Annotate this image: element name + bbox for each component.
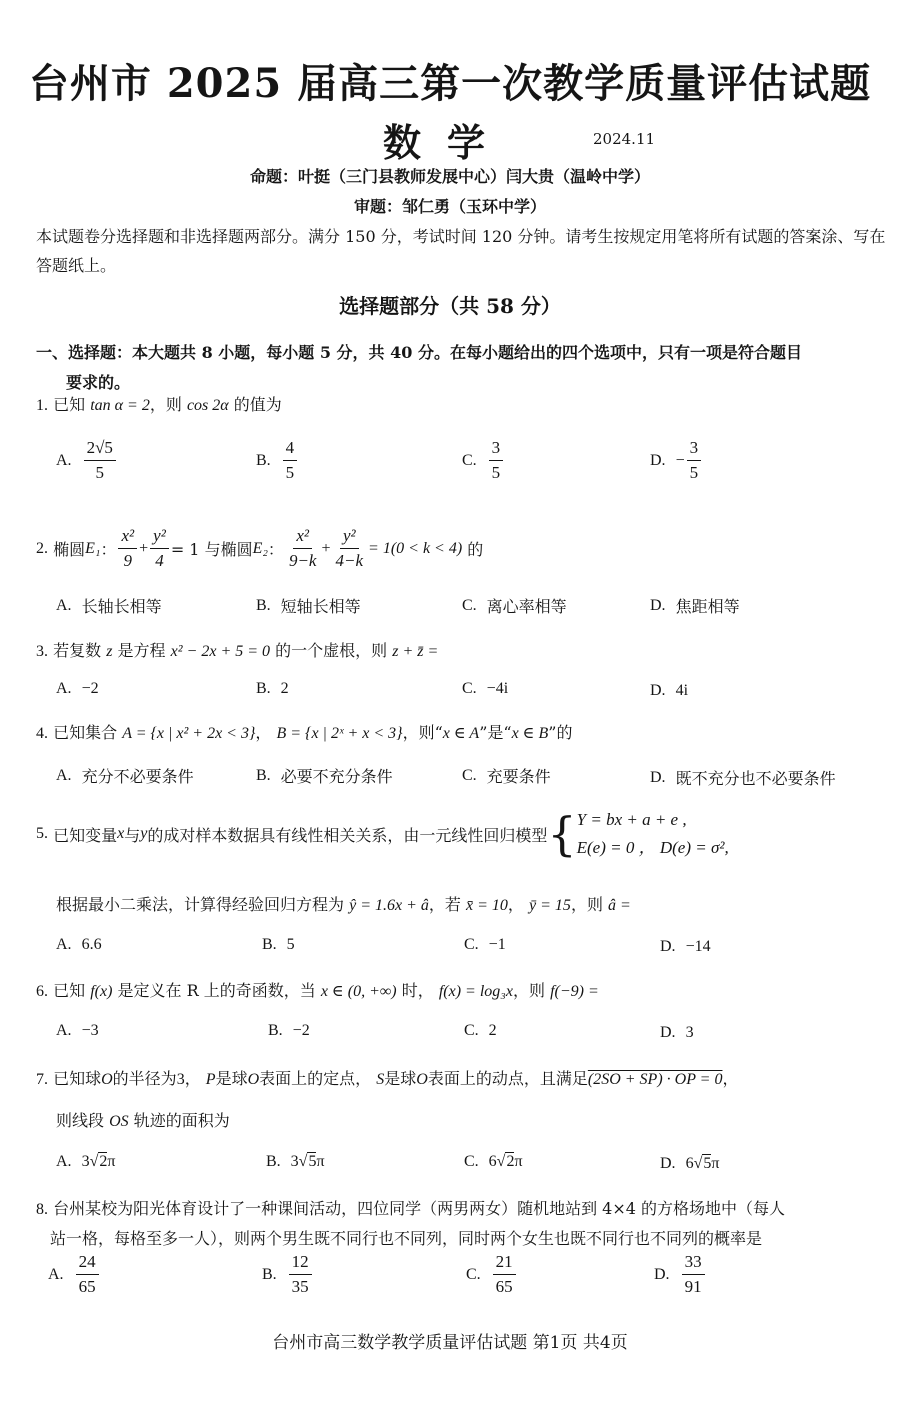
question-number: 4.: [36, 725, 48, 742]
exam-date: 2024.11: [593, 130, 655, 148]
option-text: −14: [686, 938, 711, 956]
fraction: y²4−k: [333, 526, 367, 571]
option-label: C.: [464, 1022, 479, 1040]
option-text: 2: [281, 680, 289, 698]
stem-math: x² − 2x + 5 = 0: [171, 643, 270, 660]
option-label: A.: [56, 597, 72, 615]
option-label: B.: [262, 936, 277, 954]
question-7-option-a: A.3√2π: [56, 1152, 115, 1171]
stem-text: 的成对样本数据具有线性相关关系，由一元线性回归模型: [147, 823, 547, 846]
question-7-stem-line-2: 则线段 OS 轨迹的面积为: [56, 1108, 230, 1131]
option-label: C.: [462, 452, 477, 470]
stem-text: 若复数: [53, 641, 101, 660]
question-5-option-b: B.5: [262, 936, 295, 954]
pi-symbol: π: [316, 1153, 324, 1171]
option-label: B.: [266, 1153, 281, 1171]
question-number: 7.: [36, 1071, 48, 1088]
coefficient: 3: [82, 1153, 90, 1171]
question-3-stem: 3. 若复数 z 是方程 x² − 2x + 5 = 0 的一个虚根，则 z +…: [36, 638, 438, 661]
stem-math: x ∈ A: [443, 725, 479, 742]
authors-line: 命题：叶挺（三门县教师发展中心）闫大贵（温岭中学）: [0, 164, 900, 187]
stem-text: 轨迹的面积为: [134, 1111, 230, 1130]
stem-text: ：: [100, 537, 116, 560]
question-6-option-c: C.2: [464, 1022, 497, 1040]
question-number: 6.: [36, 983, 48, 1000]
numerator: 12: [289, 1252, 312, 1275]
fraction: 3391: [682, 1252, 705, 1297]
option-label: A.: [56, 936, 72, 954]
denominator: 5: [489, 461, 504, 483]
fraction: x²9−k: [286, 526, 320, 571]
option-text: 短轴长相等: [281, 594, 361, 617]
denominator: 4−k: [333, 549, 367, 571]
question-number: 2.: [36, 540, 48, 558]
stem-text: ，: [255, 723, 271, 742]
stem-text: = 1 与椭圆: [171, 537, 253, 560]
fraction: 1235: [289, 1252, 312, 1297]
stem-math: cos 2α: [187, 397, 229, 414]
sqrt-icon: √: [90, 1153, 99, 1171]
question-5-option-c: C.−1: [464, 936, 506, 954]
stem-text: 的半径为: [113, 1069, 177, 1088]
stem-math: A = {x | x² + 2x < 3}: [122, 725, 255, 742]
stem-math: f(x) = log₃x: [439, 983, 513, 1000]
stem-text: 则线段: [56, 1111, 104, 1130]
coefficient: 6: [686, 1155, 694, 1173]
fraction: 35: [687, 438, 702, 483]
denominator: 4: [152, 549, 167, 571]
stem-math: ȳ = 15: [529, 897, 571, 914]
denominator: 35: [289, 1275, 312, 1297]
denominator: 9−k: [286, 549, 320, 571]
radicand: 5: [307, 1152, 316, 1171]
stem-text: 已知球: [53, 1069, 101, 1088]
option-label: A.: [56, 452, 72, 470]
option-label: B.: [256, 767, 271, 785]
sqrt-icon: √: [299, 1153, 308, 1171]
numerator: y²: [150, 526, 169, 549]
fraction: x²9: [118, 526, 137, 571]
stem-text: ，: [722, 1069, 738, 1088]
stem-math: f(−9) =: [550, 983, 599, 1000]
question-1-option-d: D. − 35: [650, 438, 703, 483]
option-text: −1: [489, 936, 506, 954]
fraction: y²4: [150, 526, 169, 571]
question-1-stem: 1. 已知 tan α = 2，则 cos 2α 的值为: [36, 392, 282, 415]
question-1-option-c: C. 35: [462, 438, 505, 483]
fraction: 45: [283, 438, 298, 483]
stem-math: E₁: [85, 540, 100, 558]
question-4-stem: 4. 已知集合 A = {x | x² + 2x < 3}， B = {x | …: [36, 720, 572, 743]
question-2-option-a: A.长轴长相等: [56, 594, 162, 617]
radicand: 2: [98, 1152, 107, 1171]
stem-math: E₂: [253, 540, 268, 558]
plus-sign: +: [321, 540, 330, 558]
question-8-option-b: B. 1235: [262, 1252, 314, 1297]
left-brace-icon: {: [547, 811, 576, 857]
question-5-stem: 5. 已知变量 x 与 y 的成对样本数据具有线性相关关系，由一元线性回归模型 …: [36, 806, 729, 862]
numerator: 3: [489, 438, 504, 461]
option-label: D.: [660, 938, 676, 956]
pi-symbol: π: [514, 1153, 522, 1171]
numerator: 21: [493, 1252, 516, 1275]
stem-text: ，: [185, 1069, 201, 1088]
denominator: 5: [92, 461, 107, 483]
question-8-stem: 8. 台州某校为阳光体育设计了一种课间活动，四位同学（两男两女）随机地站到 4×…: [36, 1196, 785, 1219]
option-label: D.: [654, 1266, 670, 1284]
stem-math: O: [416, 1071, 428, 1088]
stem-text: 是定义在 R 上的奇函数，当: [118, 981, 316, 1000]
stem-text: 已知集合: [53, 723, 117, 742]
option-label: A.: [56, 1022, 72, 1040]
radicand: 2: [505, 1152, 514, 1171]
question-5-option-a: A.6.6: [56, 936, 102, 954]
stem-math: z: [106, 643, 112, 660]
option-text: 长轴长相等: [82, 594, 162, 617]
question-8-stem-line-2: 站一格，每格至多一人），则两个男生既不同行也不同列，同时两个女生也既不同行也不同…: [50, 1226, 762, 1249]
option-label: C.: [464, 936, 479, 954]
pi-symbol: π: [711, 1155, 719, 1173]
option-label: C.: [462, 597, 477, 615]
option-text: −2: [82, 680, 99, 698]
question-1-option-a: A. 2√55: [56, 438, 118, 483]
numerator: y²: [340, 526, 359, 549]
question-3-option-a: A.−2: [56, 680, 99, 698]
equation-line: E(e) = 0 ， D(e) = σ²,: [577, 834, 729, 862]
stem-math: x ∈ B: [512, 725, 549, 742]
section-title: 选择题部分（共 58 分）: [0, 290, 900, 319]
option-label: D.: [660, 1024, 676, 1042]
stem-math: x: [117, 825, 124, 843]
pi-symbol: π: [107, 1153, 115, 1171]
option-text: 焦距相等: [676, 594, 740, 617]
stem-math: B = {x | 2ˣ + x < 3}: [276, 725, 402, 742]
option-text: 2: [489, 1022, 497, 1040]
stem-text: 表面上的定点，: [259, 1069, 371, 1088]
question-8-option-d: D. 3391: [654, 1252, 707, 1297]
option-text: 离心率相等: [487, 594, 567, 617]
stem-text: 根据最小二乘法，计算得经验回归方程为: [56, 895, 344, 914]
stem-math: tan α = 2: [90, 397, 150, 414]
option-text: 充分不必要条件: [82, 764, 194, 787]
question-6-option-b: B.−2: [268, 1022, 310, 1040]
exam-title: 台州市 2025 届高三第一次教学质量评估试题: [0, 52, 900, 109]
stem-math: 3: [177, 1071, 185, 1088]
stem-text: ，若: [429, 895, 461, 914]
numerator: 33: [682, 1252, 705, 1275]
question-7-option-d: D.6√5π: [660, 1154, 719, 1173]
coefficient: 6: [489, 1153, 497, 1171]
option-text: 既不充分也不必要条件: [676, 766, 836, 789]
stem-math: x̄ = 10: [466, 897, 508, 914]
stem-text: ”是“: [479, 723, 511, 742]
stem-text: ：: [268, 537, 284, 560]
option-text: 3: [686, 1024, 694, 1042]
option-text: 必要不充分条件: [281, 764, 393, 787]
option-text: −4i: [487, 680, 508, 698]
option-label: D.: [650, 597, 666, 615]
option-label: D.: [650, 769, 666, 787]
option-text: 5: [287, 936, 295, 954]
question-number: 3.: [36, 643, 48, 660]
question-3-option-c: C.−4i: [462, 680, 508, 698]
numerator: x²: [293, 526, 312, 549]
option-label: B.: [268, 1022, 283, 1040]
stem-math: OS: [109, 1113, 129, 1130]
stem-text: ，则“: [403, 723, 443, 742]
stem-text: ，: [508, 895, 524, 914]
option-text: 6.6: [82, 936, 102, 954]
question-1-option-b: B. 45: [256, 438, 299, 483]
numerator: 3: [687, 438, 702, 461]
stem-math: P: [206, 1071, 216, 1088]
vector-expression: (2SO + SP) · OP = 0: [588, 1071, 723, 1088]
stem-text: 的值为: [234, 395, 282, 414]
stem-text: ，则: [513, 981, 545, 1000]
option-text: 充要条件: [487, 764, 551, 787]
subject-title: 数学: [383, 112, 511, 167]
denominator: 5: [687, 461, 702, 483]
denominator: 9: [121, 549, 136, 571]
stem-text: 表面上的动点，且满足: [428, 1069, 588, 1088]
sqrt-icon: √: [497, 1153, 506, 1171]
plus-sign: +: [139, 540, 148, 558]
question-3-option-d: D.4i: [650, 682, 688, 700]
question-6-stem: 6. 已知 f(x) 是定义在 R 上的奇函数，当 x ∈ (0, +∞) 时，…: [36, 978, 599, 1001]
page-footer: 台州市高三数学教学质量评估试题 第1页 共4页: [0, 1328, 900, 1353]
stem-text: ，则: [571, 895, 603, 914]
stem-text: 已知: [53, 981, 85, 1000]
reviewer-line: 审题：邹仁勇（玉环中学）: [0, 194, 900, 217]
option-label: B.: [256, 680, 271, 698]
question-5-stem-line-2: 根据最小二乘法，计算得经验回归方程为 ŷ = 1.6x + â，若 x̄ = 1…: [56, 892, 631, 915]
option-label: C.: [462, 680, 477, 698]
minus-sign: −: [676, 452, 685, 470]
option-label: B.: [262, 1266, 277, 1284]
question-number: 5.: [36, 825, 48, 843]
numerator: 4: [283, 438, 298, 461]
question-5-option-d: D.−14: [660, 938, 711, 956]
denominator: 5: [283, 461, 298, 483]
stem-text: 与: [124, 823, 140, 846]
stem-math: z + z̄ =: [392, 643, 438, 660]
sqrt-icon: √: [694, 1155, 703, 1173]
fraction: 35: [489, 438, 504, 483]
stem-text: 是球: [216, 1069, 248, 1088]
question-2-option-d: D.焦距相等: [650, 594, 740, 617]
question-2-option-b: B.短轴长相等: [256, 594, 361, 617]
question-2-stem: 2. 椭圆 E₁： x²9 + y²4 = 1 与椭圆 E₂： x²9−k + …: [36, 526, 483, 571]
stem-math: ŷ = 1.6x + â: [349, 897, 429, 914]
option-label: B.: [256, 452, 271, 470]
question-8-option-c: C. 2165: [466, 1252, 518, 1297]
option-label: B.: [256, 597, 271, 615]
option-text: −2: [293, 1022, 310, 1040]
stem-math: â =: [608, 897, 631, 914]
stem-text: 站一格，每格至多一人），则两个男生既不同行也不同列，同时两个女生也既不同行也不同…: [50, 1229, 762, 1248]
instruction-line-1: 一、选择题：本大题共 8 小题，每小题 5 分，共 40 分。在每小题给出的四个…: [36, 343, 802, 362]
stem-text: 是方程: [118, 641, 166, 660]
stem-text: 的: [467, 537, 483, 560]
stem-text: ，则: [150, 395, 182, 414]
stem-math: x ∈ (0, +∞): [321, 983, 397, 1000]
stem-math: O: [248, 1071, 260, 1088]
question-6-option-d: D.3: [660, 1024, 694, 1042]
question-7-option-c: C.6√2π: [464, 1152, 523, 1171]
question-3-option-b: B.2: [256, 680, 289, 698]
stem-text: 的一个虚根，则: [275, 641, 387, 660]
stem-text: 时，: [402, 981, 434, 1000]
stem-text: 是球: [384, 1069, 416, 1088]
option-text: −3: [82, 1022, 99, 1040]
question-4-option-a: A.充分不必要条件: [56, 764, 194, 787]
question-6-option-a: A.−3: [56, 1022, 99, 1040]
denominator: 65: [76, 1275, 99, 1297]
stem-text: 台州某校为阳光体育设计了一种课间活动，四位同学（两男两女）随机地站到 4×4 的…: [53, 1199, 785, 1218]
option-label: D.: [660, 1155, 676, 1173]
fraction: 2√55: [84, 438, 116, 483]
stem-text: 已知: [53, 395, 85, 414]
option-label: A.: [56, 767, 72, 785]
denominator: 91: [682, 1275, 705, 1297]
question-number: 8.: [36, 1201, 48, 1218]
fraction: 2165: [493, 1252, 516, 1297]
stem-math: = 1(0 < k < 4): [368, 540, 462, 558]
question-4-option-d: D.既不充分也不必要条件: [650, 766, 836, 789]
question-number: 1.: [36, 397, 48, 414]
option-label: D.: [650, 682, 666, 700]
section-instruction: 一、选择题：本大题共 8 小题，每小题 5 分，共 40 分。在每小题给出的四个…: [36, 338, 896, 398]
coefficient: 3: [291, 1153, 299, 1171]
question-8-option-a: A. 2465: [48, 1252, 101, 1297]
option-label: C.: [466, 1266, 481, 1284]
stem-math: y: [140, 825, 147, 843]
option-text: 4i: [676, 682, 688, 700]
question-4-option-c: C.充要条件: [462, 764, 551, 787]
stem-text: 椭圆: [53, 537, 85, 560]
numerator: x²: [118, 526, 137, 549]
fraction: 2465: [76, 1252, 99, 1297]
question-7-option-b: B.3√5π: [266, 1152, 325, 1171]
question-4-option-b: B.必要不充分条件: [256, 764, 393, 787]
question-7-stem: 7. 已知球O的半径为3， P是球O表面上的定点， S是球O表面上的动点，且满足…: [36, 1066, 739, 1089]
stem-text: ”的: [548, 723, 572, 742]
option-label: C.: [464, 1153, 479, 1171]
exam-intro: 本试题卷分选择题和非选择题两部分。满分 150 分，考试时间 120 分钟。请考…: [36, 222, 886, 280]
stem-text: 已知变量: [53, 823, 117, 846]
question-2-option-c: C.离心率相等: [462, 594, 567, 617]
stem-math: O: [101, 1071, 113, 1088]
denominator: 65: [493, 1275, 516, 1297]
equation-line: Y = bx + a + e ,: [577, 806, 729, 834]
option-label: C.: [462, 767, 477, 785]
option-label: D.: [650, 452, 666, 470]
numerator: 2√5: [84, 438, 116, 461]
equation-system: Y = bx + a + e , E(e) = 0 ， D(e) = σ²,: [577, 806, 729, 862]
numerator: 24: [76, 1252, 99, 1275]
stem-math: f(x): [90, 983, 112, 1000]
option-label: A.: [48, 1266, 64, 1284]
option-label: A.: [56, 1153, 72, 1171]
option-label: A.: [56, 680, 72, 698]
radicand: 5: [702, 1154, 711, 1173]
